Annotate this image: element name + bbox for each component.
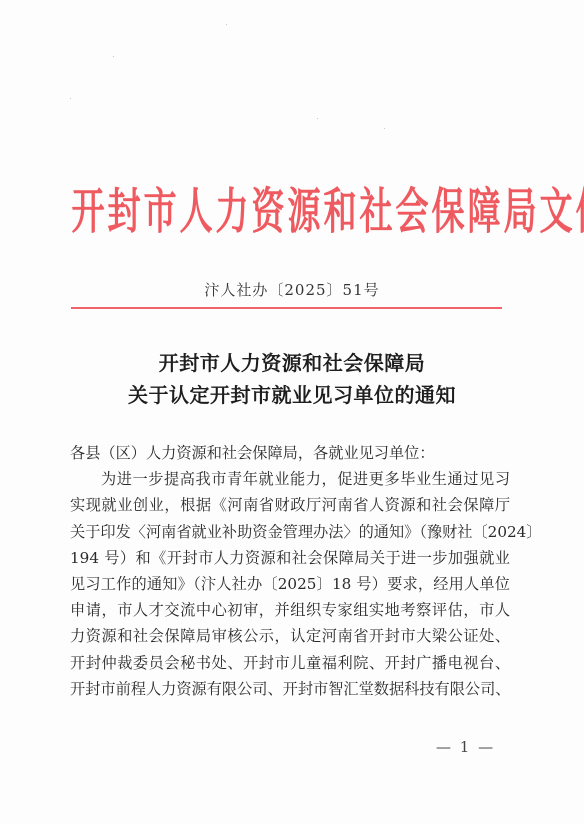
- issuer-title-char: 开: [71, 188, 104, 237]
- document-page: 开封市人力资源和社会保障局文件 汴人社办〔2025〕51号 开封市人力资源和社会…: [0, 0, 584, 824]
- issuer-title-char: 障: [468, 188, 501, 237]
- body-line: 开封市前程人力资源有限公司、开封市智汇堂数据科技有限公司、: [70, 676, 510, 702]
- red-divider-rule: [71, 307, 502, 309]
- issuer-title-char: 源: [288, 188, 321, 237]
- body-line: 实现就业创业，根据《河南省财政厅河南省人资源和社会保障厅: [70, 492, 510, 518]
- body-line: 开封仲裁委员会秘书处、开封市儿童福利院、开封广播电视台、: [70, 650, 510, 676]
- scan-speck: [226, 24, 227, 25]
- notice-title-line-1: 开封市人力资源和社会保障局: [0, 347, 584, 376]
- issuer-title-char: 市: [143, 188, 176, 237]
- issuer-title-char: 和: [324, 188, 357, 237]
- issuer-title-char: 社: [360, 188, 393, 237]
- scan-speck: [317, 118, 318, 119]
- issuer-red-header: 开封市人力资源和社会保障局文件: [70, 183, 510, 241]
- salutation: 各县（区）人力资源和社会保障局，各就业见习单位：: [70, 440, 510, 466]
- page-number: — 1 —: [436, 738, 495, 756]
- issuer-title-char: 件: [576, 188, 584, 237]
- body-line: 为进一步提高我市青年就业能力，促进更多毕业生通过见习: [70, 466, 510, 492]
- issuer-title-char: 保: [432, 188, 465, 237]
- issuer-title-char: 文: [540, 188, 573, 237]
- body-line: 申请，市人才交流中心初审，并组织专家组实地考察评估，市人: [70, 597, 510, 623]
- issuer-title-char: 封: [107, 188, 140, 237]
- issuer-title-char: 人: [179, 188, 212, 237]
- scan-speck: [70, 98, 71, 99]
- body-line: 关于印发〈河南省就业补助资金管理办法〉的通知》（豫财社〔2024〕: [70, 519, 510, 545]
- notice-title-line-2: 关于认定开封市就业见习单位的通知: [0, 379, 584, 408]
- scan-speck: [384, 128, 385, 129]
- body-line: 见习工作的通知》（汴人社办〔2025〕18 号）要求，经用人单位: [70, 571, 510, 597]
- document-number: 汴人社办〔2025〕51号: [0, 279, 584, 300]
- issuer-title-char: 局: [504, 188, 537, 237]
- issuer-title-char: 资: [252, 188, 285, 237]
- issuer-title-char: 力: [216, 188, 249, 237]
- scan-speck: [113, 56, 114, 57]
- body-line: 194 号）和《开封市人力资源和社会保障局关于进一步加强就业: [70, 545, 510, 571]
- notice-body: 各县（区）人力资源和社会保障局，各就业见习单位： 为进一步提高我市青年就业能力，…: [70, 440, 510, 702]
- issuer-title-char: 会: [396, 188, 429, 237]
- body-line: 力资源和社会保障局审核公示，认定河南省开封市大梁公证处、: [70, 623, 510, 649]
